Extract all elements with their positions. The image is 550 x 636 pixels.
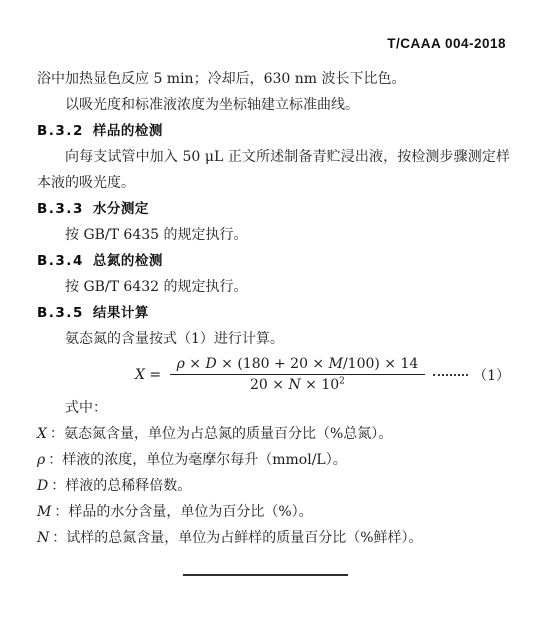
fraction-numerator: ρ × D × (180 + 20 × M/100) × 14 bbox=[170, 356, 426, 374]
section-b34-paragraph: 按 GB/T 6432 的规定执行。 bbox=[37, 274, 510, 300]
standard-number-header: T/CAAA 004-2018 bbox=[387, 36, 506, 51]
intro-paragraph-1: 浴中加热显色反应 5 min；冷却后，630 nm 波长下比色。 bbox=[37, 66, 510, 92]
where-label: 式中： bbox=[37, 395, 510, 421]
section-title: 样品的检测 bbox=[93, 123, 163, 139]
equation-lhs: X = bbox=[135, 367, 166, 383]
fraction-denominator: 20 × N × 102 bbox=[170, 374, 426, 393]
section-b32-paragraph: 向每支试管中加入 50 μL 正文所述制备青贮浸出液，按检测步骤测定样本液的吸光… bbox=[37, 144, 510, 196]
variable-definition-n: N：试样的总氮含量，单位为占鲜样的质量百分比（%鲜样）。 bbox=[37, 525, 510, 551]
section-number: B.3.5 bbox=[37, 305, 84, 321]
dotted-leader bbox=[433, 374, 468, 376]
section-b33-paragraph: 按 GB/T 6435 的规定执行。 bbox=[37, 222, 510, 248]
section-b35-paragraph: 氨态氮的含量按式（1）进行计算。 bbox=[37, 326, 510, 352]
variable-symbol: ρ bbox=[37, 452, 45, 468]
variable-symbol: N bbox=[37, 530, 49, 546]
section-number: B.3.3 bbox=[37, 201, 84, 217]
section-heading-b34: B.3.4总氮的检测 bbox=[37, 248, 510, 274]
intro-paragraph-2: 以吸光度和标准液浓度为坐标轴建立标准曲线。 bbox=[37, 92, 510, 118]
variable-definition-d: D：样液的总稀释倍数。 bbox=[37, 473, 510, 499]
variable-definition-rho: ρ：样液的浓度，单位为毫摩尔每升（mmol/L）。 bbox=[37, 447, 510, 473]
section-title: 水分测定 bbox=[93, 201, 149, 217]
section-title: 结果计算 bbox=[93, 305, 149, 321]
variable-definition-m: M：样品的水分含量，单位为百分比（%）。 bbox=[37, 499, 510, 525]
document-body: 浴中加热显色反应 5 min；冷却后，630 nm 波长下比色。 以吸光度和标准… bbox=[37, 66, 510, 576]
section-title: 总氮的检测 bbox=[93, 253, 163, 269]
variable-desc: ：样品的水分含量，单位为百分比（%）。 bbox=[54, 504, 312, 520]
variable-desc: ：试样的总氮含量，单位为占鲜样的质量百分比（%鲜样）。 bbox=[52, 530, 422, 546]
end-of-document-rule bbox=[183, 574, 348, 576]
variable-symbol: M bbox=[37, 504, 51, 520]
variable-desc: ：氨态氮含量，单位为占总氮的质量百分比（%总氮）。 bbox=[50, 426, 392, 442]
section-heading-b32: B.3.2样品的检测 bbox=[37, 118, 510, 144]
variable-symbol: D bbox=[37, 478, 48, 494]
equation-number: （1） bbox=[473, 365, 510, 385]
variable-desc: ：样液的总稀释倍数。 bbox=[51, 478, 191, 494]
variable-desc: ：样液的浓度，单位为毫摩尔每升（mmol/L）。 bbox=[48, 452, 346, 468]
equation-1: X = ρ × D × (180 + 20 × M/100) × 14 20 ×… bbox=[135, 356, 510, 393]
variable-symbol: X bbox=[37, 426, 47, 442]
document-page: T/CAAA 004-2018 浴中加热显色反应 5 min；冷却后，630 n… bbox=[0, 0, 550, 636]
equation-fraction: ρ × D × (180 + 20 × M/100) × 14 20 × N ×… bbox=[170, 356, 426, 393]
section-number: B.3.2 bbox=[37, 123, 84, 139]
section-heading-b33: B.3.3水分测定 bbox=[37, 196, 510, 222]
section-heading-b35: B.3.5结果计算 bbox=[37, 300, 510, 326]
variable-definition-x: X：氨态氮含量，单位为占总氮的质量百分比（%总氮）。 bbox=[37, 421, 510, 447]
section-number: B.3.4 bbox=[37, 253, 84, 269]
